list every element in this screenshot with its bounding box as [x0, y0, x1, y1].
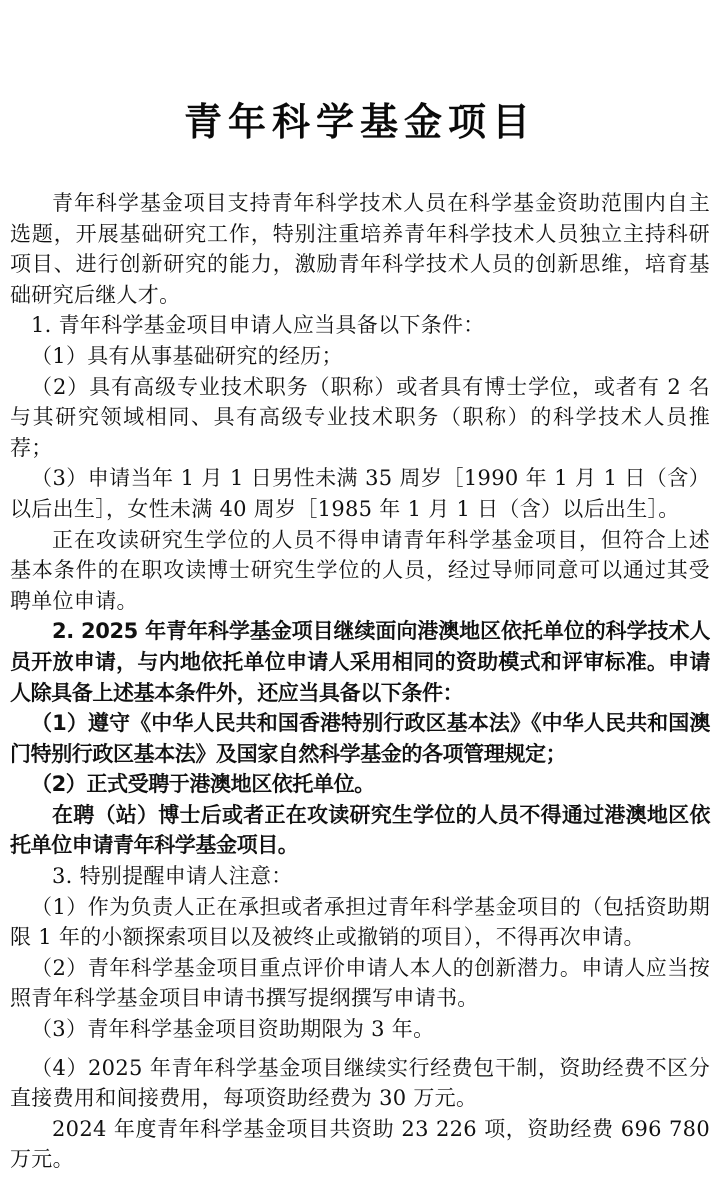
section-2-item-1: （1）遵守《中华人民共和国香港特别行政区基本法》《中华人民共和国澳门特别行政区基…	[10, 708, 710, 769]
section-1-item-1: （1）具有从事基础研究的经历；	[10, 341, 710, 372]
section-2-item-2: （2）正式受聘于港澳地区依托单位。	[10, 769, 710, 800]
section-1-item-3: （3）申请当年 1 月 1 日男性未满 35 周岁［1990 年 1 月 1 日…	[10, 463, 710, 524]
section-3-item-2: （2）青年科学基金项目重点评价申请人本人的创新潜力。申请人应当按照青年科学基金项…	[10, 953, 710, 1014]
section-1-item-2: （2）具有高级专业技术职务（职称）或者具有博士学位，或者有 2 名与其研究领域相…	[10, 372, 710, 464]
funding-summary: 2024 年度青年科学基金项目共资助 23 226 项，资助经费 696 780…	[10, 1114, 710, 1175]
intro-paragraph: 青年科学基金项目支持青年科学技术人员在科学基金资助范围内自主选题，开展基础研究工…	[10, 188, 710, 310]
document-body: 青年科学基金项目支持青年科学技术人员在科学基金资助范围内自主选题，开展基础研究工…	[10, 188, 710, 1175]
section-3-item-1: （1）作为负责人正在承担或者承担过青年科学基金项目的（包括资助期限 1 年的小额…	[10, 892, 710, 953]
page-title: 青年科学基金项目	[0, 97, 720, 147]
section-3-heading: 3. 特别提醒申请人注意：	[10, 861, 710, 892]
section-1-note: 正在攻读研究生学位的人员不得申请青年科学基金项目，但符合上述基本条件的在职攻读博…	[10, 525, 710, 617]
section-3-item-4: （4）2025 年青年科学基金项目继续实行经费包干制，资助经费不区分直接费用和间…	[10, 1053, 710, 1114]
section-3-item-3: （3）青年科学基金项目资助期限为 3 年。	[10, 1014, 710, 1045]
section-2-heading: 2. 2025 年青年科学基金项目继续面向港澳地区依托单位的科学技术人员开放申请…	[10, 616, 710, 708]
section-1-heading: 1. 青年科学基金项目申请人应当具备以下条件：	[10, 310, 710, 341]
section-2-note: 在聘（站）博士后或者正在攻读研究生学位的人员不得通过港澳地区依托单位申请青年科学…	[10, 800, 710, 861]
